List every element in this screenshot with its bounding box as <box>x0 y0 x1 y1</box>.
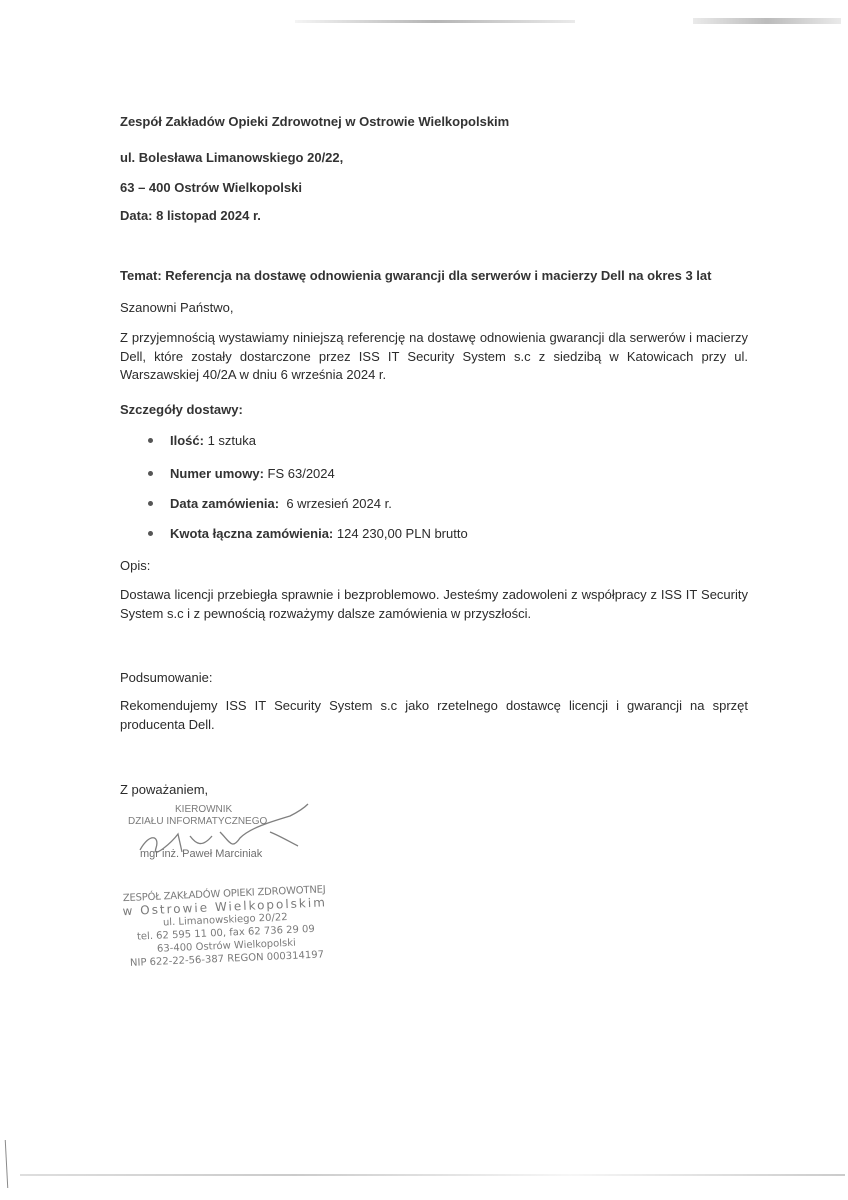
detail-item: Numer umowy: FS 63/2024 <box>148 466 335 481</box>
detail-value: 6 wrzesień 2024 r. <box>279 496 392 511</box>
description-heading: Opis: <box>120 558 150 573</box>
street-address: ul. Bolesława Limanowskiego 20/22, <box>120 150 343 165</box>
summary-heading: Podsumowanie: <box>120 670 213 685</box>
bullet-icon <box>148 438 153 443</box>
scan-artifact-left-edge <box>5 1140 9 1188</box>
letter-date: Data: 8 listopad 2024 r. <box>120 208 261 223</box>
summary-paragraph: Rekomendujemy ISS IT Security System s.c… <box>120 697 748 734</box>
detail-label: Data zamówienia: <box>170 496 279 511</box>
scan-artifact-bottom <box>20 1174 845 1176</box>
detail-item: Kwota łączna zamówienia: 124 230,00 PLN … <box>148 526 468 541</box>
intro-paragraph: Z przyjemnością wystawiamy niniejszą ref… <box>120 329 748 385</box>
scan-artifact-top <box>295 20 575 23</box>
detail-item: Data zamówienia: 6 wrzesień 2024 r. <box>148 496 392 511</box>
detail-value: 1 sztuka <box>204 433 256 448</box>
subject-line: Temat: Referencja na dostawę odnowienia … <box>120 268 711 283</box>
bullet-icon <box>148 471 153 476</box>
description-paragraph: Dostawa licencji przebiegła sprawnie i b… <box>120 586 748 623</box>
signatory-name: mgr inż. Paweł Marciniak <box>140 848 262 860</box>
details-heading: Szczegóły dostawy: <box>120 402 243 417</box>
detail-label: Kwota łączna zamówienia: <box>170 526 333 541</box>
detail-value: FS 63/2024 <box>264 466 335 481</box>
institution-stamp: ZESPÓŁ ZAKŁADÓW OPIEKI ZDROWOTNEJ w Ostr… <box>104 883 347 971</box>
detail-label: Ilość: <box>170 433 204 448</box>
detail-item: Ilość: 1 sztuka <box>148 433 256 448</box>
bullet-icon <box>148 531 153 536</box>
detail-label: Numer umowy: <box>170 466 264 481</box>
signatory-department: DZIAŁU INFORMATYCZNEGO <box>128 816 267 827</box>
scan-artifact-top-right <box>693 18 841 24</box>
detail-value: 124 230,00 PLN brutto <box>333 526 467 541</box>
greeting: Szanowni Państwo, <box>120 300 233 315</box>
institution-name: Zespół Zakładów Opieki Zdrowotnej w Ostr… <box>120 114 509 129</box>
bullet-icon <box>148 501 153 506</box>
city-address: 63 – 400 Ostrów Wielkopolski <box>120 180 302 195</box>
signatory-title: KIEROWNIK <box>175 804 232 815</box>
